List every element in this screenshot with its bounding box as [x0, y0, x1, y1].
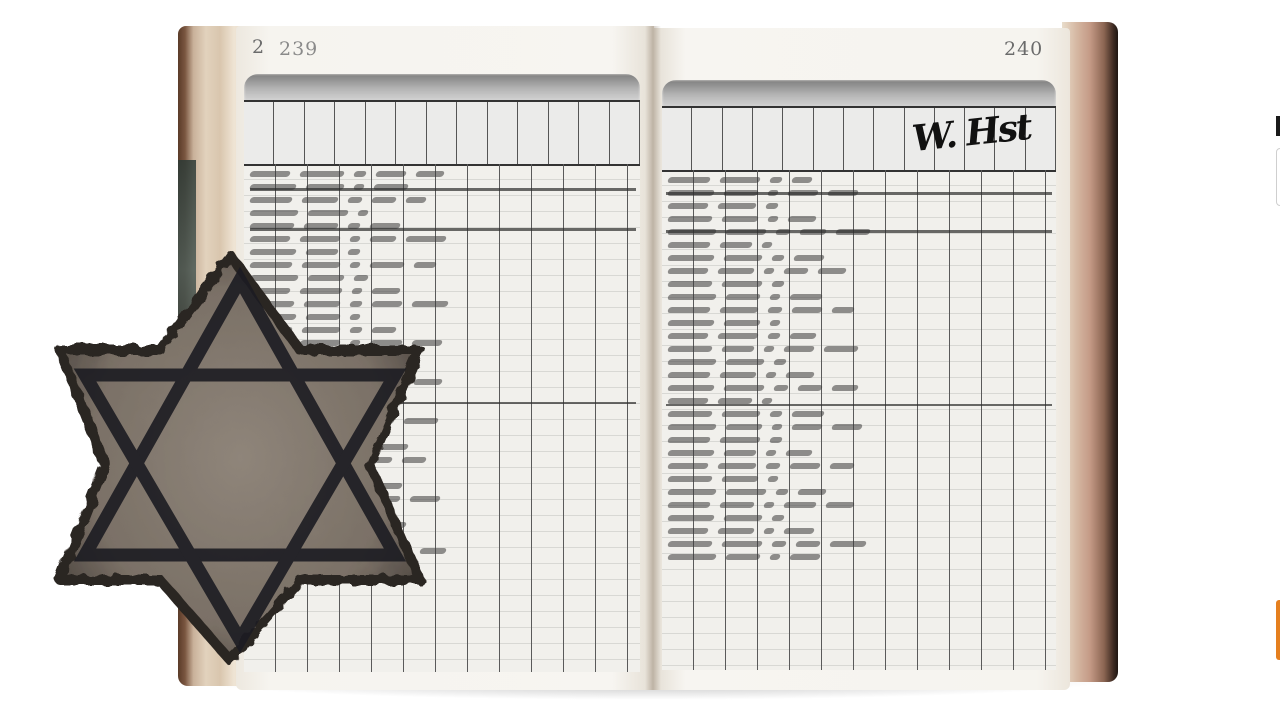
left-page-overprint-number: 2 [252, 36, 265, 58]
left-page-number: 239 [279, 38, 318, 60]
right-register-table [662, 80, 1056, 670]
book-gutter [645, 26, 661, 690]
register-rule-line [250, 228, 636, 231]
register-rule-line [250, 188, 636, 191]
table-header [244, 100, 640, 166]
register-rule-line [666, 192, 1052, 195]
cropped-orange-button-fragment[interactable] [1276, 600, 1280, 660]
book-cover-right [1062, 22, 1118, 682]
register-rule-line [666, 404, 1052, 406]
photo-scene: 2 239 [0, 0, 1280, 720]
cropped-input-box-fragment[interactable] [1276, 148, 1280, 206]
right-page-number: 240 [1004, 38, 1043, 60]
cropped-heading-fragment [1276, 116, 1280, 136]
handwritten-entries [668, 174, 1050, 664]
register-rule-line [666, 230, 1052, 233]
star-of-david-badge-icon [50, 250, 440, 670]
